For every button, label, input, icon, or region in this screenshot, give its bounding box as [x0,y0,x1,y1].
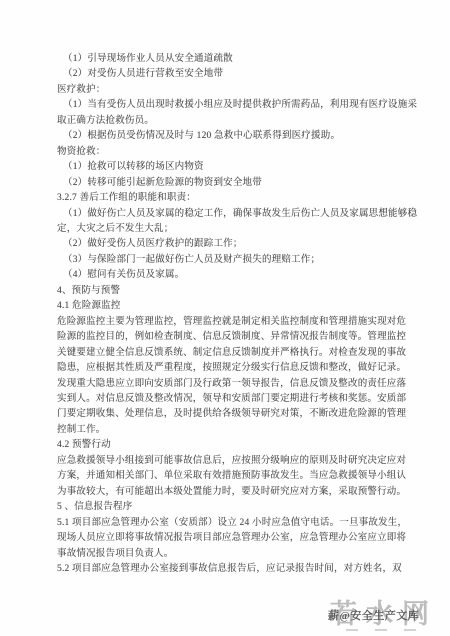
text-line: （2）做好受伤人员医疗救护的跟踪工作； [57,237,402,252]
text-line: 3.2.7 善后工作组的职能和职责： [57,191,402,206]
text-line: 4.1 危险源监控 [57,299,402,314]
watermark-dashes [346,629,416,631]
text-line: 事故情况报告项目负责人。 [57,547,402,562]
text-line: 为事故较大，有可能超出本级处置能力时，要及时研究应对方案，采取预警行动。 [57,485,402,500]
text-line: （1）抢救可以转移的场区内物资 [57,160,402,175]
text-line: 4.2 预警行动 [57,438,402,453]
watermark-overlay-text: 薪@安全生产文库 [328,607,419,623]
text-line: 关键要建立健全信息反馈系统、制定信息反馈制度并严格执行。对检查发现的事故 [57,346,402,361]
text-line: 门要定期收集、处理信息，及时提供给各级领导研究对策，不断改进危险源的管理 [57,407,402,422]
text-line: 实到人。对信息反馈及整改情况，领导和安质部门要定期进行考核和奖惩。安质部 [57,392,402,407]
text-line: （1）做好伤亡人员及家属的稳定工作，确保事故发生后伤亡人员及家属思想能够稳 [57,207,402,222]
text-line: 取正确方法抢救伤员。 [57,114,402,129]
watermark-dash [404,629,416,631]
text-line: 物资抢救： [57,145,402,160]
watermark: 若水网 薪@安全生产文库 [326,592,450,636]
text-line: （2）对受伤人员进行营救至安全地带 [57,67,402,82]
text-line: （3）与保险部门一起做好伤亡人员及财产损失的理赔工作； [57,253,402,268]
text-line: 控制工作。 [57,423,402,438]
text-line: （4）慰问有关伤员及家属。 [57,268,402,283]
text-line: 隐患，应根据其性质及严重程度，按照规定分级实行信息反馈和整改，做好记录。 [57,361,402,376]
text-line: 4、预防与预警 [57,284,402,299]
text-line: （2）根据伤员受伤情况及时与 120 急救中心联系得到医疗援助。 [57,129,402,144]
text-line: 5 、信息报告程序 [57,500,402,515]
text-line: 方案，并通知相关部门、单位采取有效措施预防事故发生。当应急救援领导小组认 [57,469,402,484]
text-line: 应急救援领导小组接到可能事故信息后，应按照分级响应的原则及时研究决定应对 [57,454,402,469]
text-line: （1）当有受伤人员出现时救援小组应及时提供救护所需药品，利用现有医疗设施采 [57,98,402,113]
text-line: （2）转移可能引起新危险源的物资到安全地带 [57,176,402,191]
text-line: 危险源监控主要为管理监控，管理监控就是制定相关监控制度和管理措施实现对危 [57,315,402,330]
text-line: 医疗救护： [57,83,402,98]
text-line: 定，大灾之后不发生大乱； [57,222,402,237]
text-line: 5.1 项目部应急管理办公室（安质部）设立 24 小时应急值守电话。一旦事故发生… [57,516,402,531]
text-line: 5.2 项目部应急管理办公室接到事故信息报告后，应记录报告时间，对方姓名，双 [57,562,402,577]
text-line: 现场人员应立即将事故情况报告项目部应急管理办公室，应急管理办公室应立即将 [57,531,402,546]
text-line: 发现重大隐患应立即向安质部门及行政第一领导报告，信息反馈及整改的责任应落 [57,377,402,392]
text-line: （1）引导现场作业人员从安全通道疏散 [57,52,402,67]
document-body: （1）引导现场作业人员从安全通道疏散（2）对受伤人员进行营救至安全地带医疗救护：… [57,52,402,577]
watermark-dash [346,629,358,631]
document-page: （1）引导现场作业人员从安全通道疏散（2）对受伤人员进行营救至安全地带医疗救护：… [0,0,450,636]
watermark-dash [375,629,387,631]
text-line: 险源的监控目的，例如检查制度、信息反馈制度、异常情况报告制度等。管理监控 [57,330,402,345]
